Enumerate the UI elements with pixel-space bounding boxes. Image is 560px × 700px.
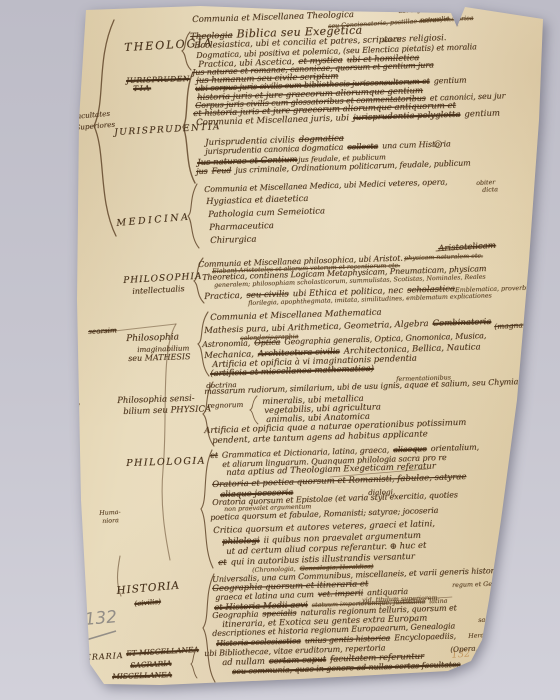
astronomia-text: Astronomia, — [202, 338, 250, 349]
struck-word: vet. imperii — [318, 588, 364, 598]
struck-text: jurisprudentia polyglotta — [353, 110, 461, 123]
line-chirurgica: Chirurgica — [210, 236, 257, 246]
scanned-manuscript-page: x 132 132 ◯ Facultates Superiores seorsi… — [0, 0, 560, 700]
struck-word: et — [210, 451, 218, 460]
label-mathesis: seu MATHESIS — [128, 353, 191, 363]
gentium-text: gentium — [433, 75, 466, 85]
line-pharmaceutica: Pharmaceutica — [209, 222, 274, 233]
note-heraldica: Heraldica, — [468, 632, 502, 640]
struck-word: Combinatoria — [432, 317, 491, 329]
struck-word: Feud — [211, 166, 231, 176]
paper-shadow-wrap: x 132 132 ◯ Facultates Superiores seorsi… — [0, 0, 560, 700]
note-physicam-struck: physicam naturalem etc. — [404, 254, 483, 263]
label-medicina: MEDICINA — [116, 213, 191, 229]
manuscript-paper: x 132 132 ◯ Facultates Superiores seorsi… — [0, 0, 560, 700]
margin-note: his 3 — [64, 381, 78, 388]
margin-note: sub- — [63, 389, 75, 396]
line-pathologia: Pathologia cum Semeiotica — [208, 207, 325, 220]
label-physica: bilium seu PHYSICA — [123, 405, 211, 417]
struck-word: collecta — [347, 142, 378, 152]
label-historia-civilis-struck: (civilis) — [134, 598, 161, 608]
margin-note: natae — [64, 403, 80, 410]
struck-word: et — [218, 558, 227, 568]
pencil-underline — [86, 631, 116, 640]
page-number-pencil: 132 — [84, 609, 118, 630]
label-jurisprudentia-struck: TIA — [133, 84, 151, 92]
label-literaria-struck: MISCELLANEA — [112, 671, 172, 681]
margin-facultates: Facultates — [72, 110, 110, 121]
label-literaria-struck: ET MISCELLANEA — [126, 646, 199, 658]
margin-humaniora: niora — [102, 518, 119, 526]
note-saecul: saecul. — [478, 617, 501, 625]
note-dicta: dicta — [482, 187, 498, 194]
label-literaria-struck: SACRARIA — [130, 660, 172, 670]
note-regum-geneal: regum et Geneal. — [452, 581, 508, 589]
orientalium-text: orientalium, — [431, 443, 480, 454]
label-mathesis: Philosophia — [126, 333, 179, 344]
label-literaria: LITERARIA — [68, 652, 124, 663]
una-cum-historia-text: una cum Historia — [382, 139, 451, 150]
note-opera-quae: (Opera, quae — [450, 643, 498, 653]
note-jus-universale: ubi et jus universale — [398, 5, 463, 15]
note-regnorum: regnorum — [207, 401, 243, 410]
margin-superiores: Superiores — [75, 121, 115, 132]
line-hygiastica: Hygiastica et diaetetica — [206, 195, 309, 207]
encyclopaediis-text: Encyclopaediis, — [394, 631, 456, 642]
line-communia-medica: Communia et Miscellanea Medica, ubi Medi… — [204, 178, 448, 194]
red-x-mark: x — [76, 22, 83, 36]
note-magnam-struck: (magnam) — [494, 321, 533, 331]
struck-word: jus — [196, 167, 208, 176]
gentium-text: gentium — [464, 108, 500, 119]
practica-text: Practica, — [204, 291, 243, 302]
margin-seorsim-struck: seorsim — [88, 326, 117, 335]
label-philologia: PHILOLOGIA — [126, 456, 206, 468]
margin-note: ordi- — [63, 396, 77, 403]
label-philosophia-intellectualis: intellectualis — [132, 285, 185, 296]
label-historia: HISTORIA — [116, 580, 180, 597]
struck-word: Optica — [254, 338, 280, 348]
